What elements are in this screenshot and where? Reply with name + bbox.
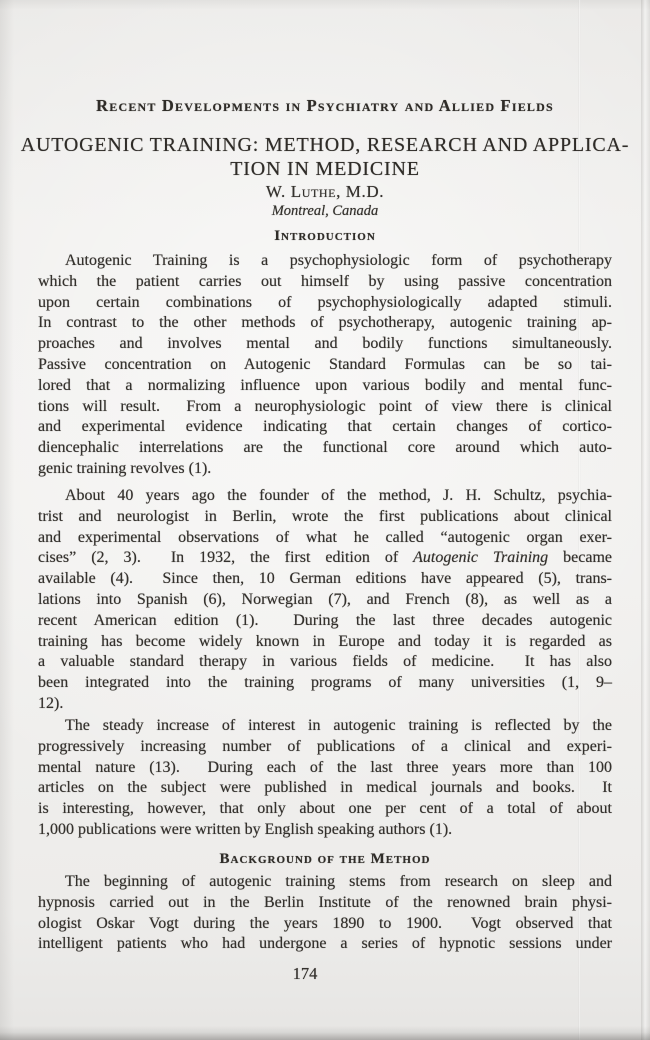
text-line: In contrast to the other methods of psyc… [38,313,612,334]
text-line: available (4). Since then, 10 German edi… [38,569,612,590]
text-line: upon certain combinations of psychophysi… [38,293,612,314]
text-line: and experimental observations of what he… [38,528,612,549]
section-heading-introduction: Introduction [38,228,612,245]
text-line: lored that a normalizing influence upon … [38,376,612,397]
text-line: is interesting, however, that only about… [38,799,612,820]
text-line: a valuable standard therapy in various f… [38,652,612,673]
text-line: Autogenic Training is a psychophysiologi… [38,251,612,272]
article-title-line-1: AUTOGENIC TRAINING: METHOD, RESEARCH AND… [20,134,630,157]
text-line: recent American edition (1). During the … [38,611,612,632]
text-line: 1,000 publications were written by Engli… [38,820,612,841]
text-line: genic training revolves (1). [38,459,612,480]
page-number: 174 [18,964,592,984]
text-line: lations into Spanish (6), Norwegian (7),… [38,590,612,611]
text-line: hypnosis carried out in the Berlin Insti… [38,893,612,914]
text-line: Passive concentration on Autogenic Stand… [38,355,612,376]
text-line: which the patient carries out himself by… [38,272,612,293]
page-right-edge [641,0,650,1040]
author-name: W. Luthe, M.D. [38,182,612,202]
text-line: and experimental evidence indicating tha… [38,417,612,438]
paragraph: The steady increase of interest in autog… [38,716,612,841]
paragraph: Autogenic Training is a psychophysiologi… [38,251,612,480]
text-line: trist and neurologist in Berlin, wrote t… [38,507,612,528]
text-line: The steady increase of interest in autog… [38,716,612,737]
page-left-shadow [0,0,14,1040]
section-heading-background: Background of the Method [38,851,612,868]
text-line: About 40 years ago the founder of the me… [38,486,612,507]
text-line: proaches and involves mental and bodily … [38,334,612,355]
text-line: 12). [38,694,612,715]
page-bottom-shadow [0,1026,650,1040]
text-line: progressively increasing number of publi… [38,737,612,758]
text-line: intelligent patients who had undergone a… [38,934,612,955]
text-line: The beginning of autogenic training stem… [38,872,612,893]
paragraph: About 40 years ago the founder of the me… [38,486,612,715]
text-line: tions will result. From a neurophysiolog… [38,397,612,418]
text-line: cises” (2, 3). In 1932, the first editio… [38,548,612,569]
text-line: diencephalic interrelations are the func… [38,438,612,459]
scanned-book-page: Recent Developments in Psychiatry and Al… [0,0,650,1040]
page-top-shadow [0,0,650,10]
text-line: ologist Oskar Vogt during the years 1890… [38,914,612,935]
text-line: mental nature (13). During each of the l… [38,758,612,779]
paragraph: The beginning of autogenic training stem… [38,872,612,955]
text-line: articles on the subject were published i… [38,778,612,799]
text-line: training has become widely known in Euro… [38,632,612,653]
article-title-line-2: TION IN MEDICINE [20,158,630,181]
text-line: been integrated into the training progra… [38,673,612,694]
series-heading: Recent Developments in Psychiatry and Al… [38,96,612,116]
author-affiliation: Montreal, Canada [38,203,612,220]
